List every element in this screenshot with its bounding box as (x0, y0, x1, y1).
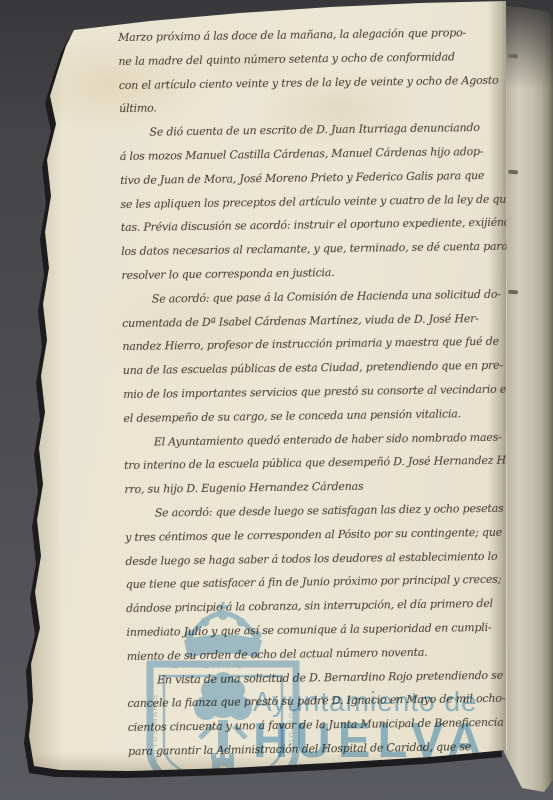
paper-sheet: Marzo próximo á las doce de la mañana, l… (0, 0, 553, 800)
binding-stitch (508, 170, 518, 175)
torn-edge-shading (28, 0, 62, 800)
crest-motto-top: ET TERRÆ (171, 659, 245, 671)
binding-page-edge (504, 0, 553, 800)
binding-stitch (508, 290, 518, 295)
crest-motto-left: PORTUS MARIS (150, 694, 159, 769)
crest-tree-icon (194, 672, 252, 752)
watermark-org-line1: Ayuntamiento de (253, 688, 489, 716)
scanned-document-photo: Marzo próximo á las doce de la mañana, l… (0, 0, 553, 800)
binding-shadow (504, 0, 553, 90)
crest-crown-icon (184, 602, 262, 658)
huelva-watermark-text: Ayuntamiento de HUELVA (253, 688, 489, 766)
binding-stitch (508, 54, 518, 59)
